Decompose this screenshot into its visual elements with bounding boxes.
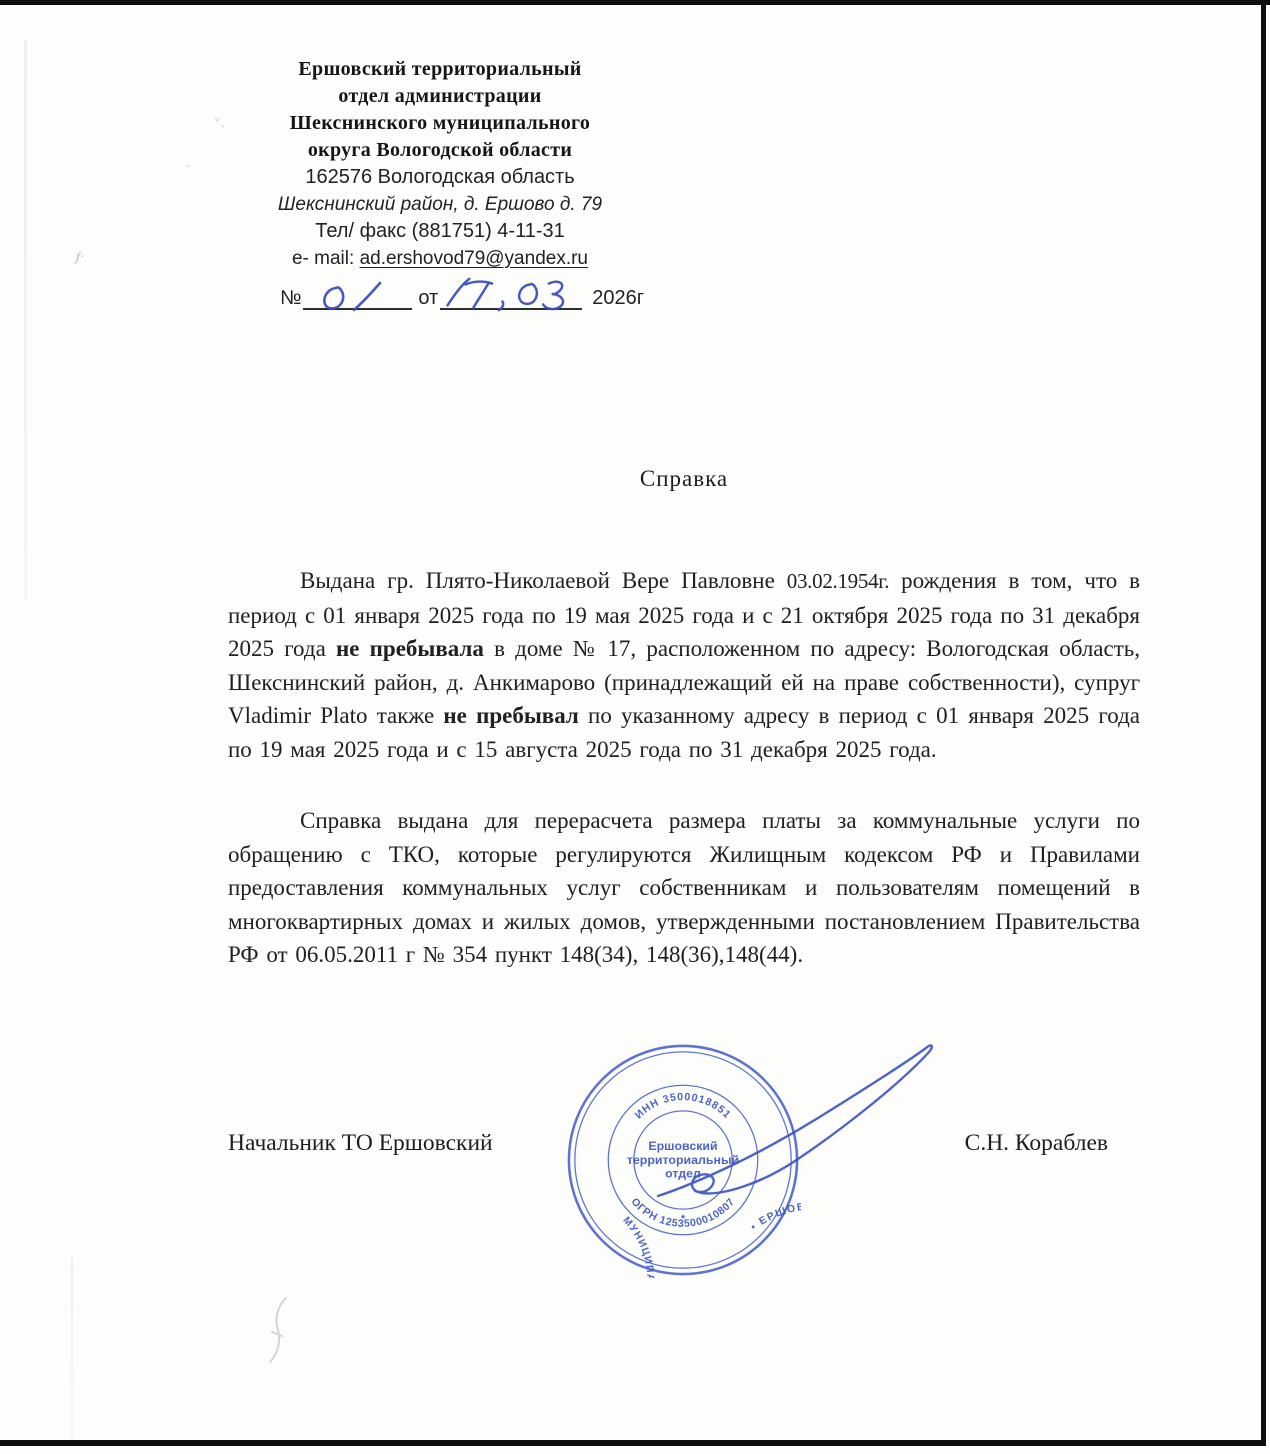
document-title: Справка [228,466,1140,492]
org-name-line: округа Вологодской области [236,137,644,164]
doc-date-blank [440,275,582,310]
letterhead: Ершовский территориальный отдел админист… [236,56,644,310]
org-address-line2: Шекснинский район, д. Ершово д. 79 [236,191,644,218]
org-email-line: e- mail: ad.ershovod79@yandex.ru [236,245,644,272]
paragraph-2: Справка выдана для перерасчета размера п… [228,804,1140,972]
org-name-line: Шекснинского муниципального [236,110,644,137]
scan-streak-bottom-left [71,1258,73,1440]
org-address-line1: 162576 Вологодская область [236,164,644,191]
number-sign-label: № [280,287,301,310]
handwritten-doc-date [440,275,582,313]
org-name-line: отдел администрации [236,83,644,110]
from-label: от [418,287,438,310]
doc-number-blank [303,279,412,310]
scan-border-bottom [0,1440,1266,1446]
email-label: e- mail: [292,248,360,269]
scan-border-right [1261,0,1266,1444]
scanned-certificate-page: ᘁ. · 𝆑· Ершовский территориальный отдел … [0,0,1270,1454]
org-phone-line: Тел/ факс (881751) 4-11-31 [236,218,644,245]
scan-artifact-dot: · [186,160,190,175]
pen-signature [558,1024,966,1236]
email-address: ad.ershovod79@yandex.ru [360,248,588,269]
scan-artifact-pencil-mark [262,1292,296,1368]
signatory-position: Начальник ТО Ершовский [228,1130,493,1157]
paragraph-1: Выдана гр. Плято-Николаевой Вере Павловн… [228,564,1140,767]
doc-number-line: № от 2026г [236,275,644,310]
signatory-name: С.Н. Кораблев [965,1130,1108,1157]
scan-artifact-smudge: 𝆑· [76,250,84,265]
handwritten-doc-number [312,279,404,313]
scan-artifact-speck: ᘁ. [214,116,225,131]
scan-border-top [0,0,1270,5]
org-name-line: Ершовский территориальный [236,56,644,83]
scan-streak-left [24,40,27,600]
doc-year: 2026г [592,287,644,310]
